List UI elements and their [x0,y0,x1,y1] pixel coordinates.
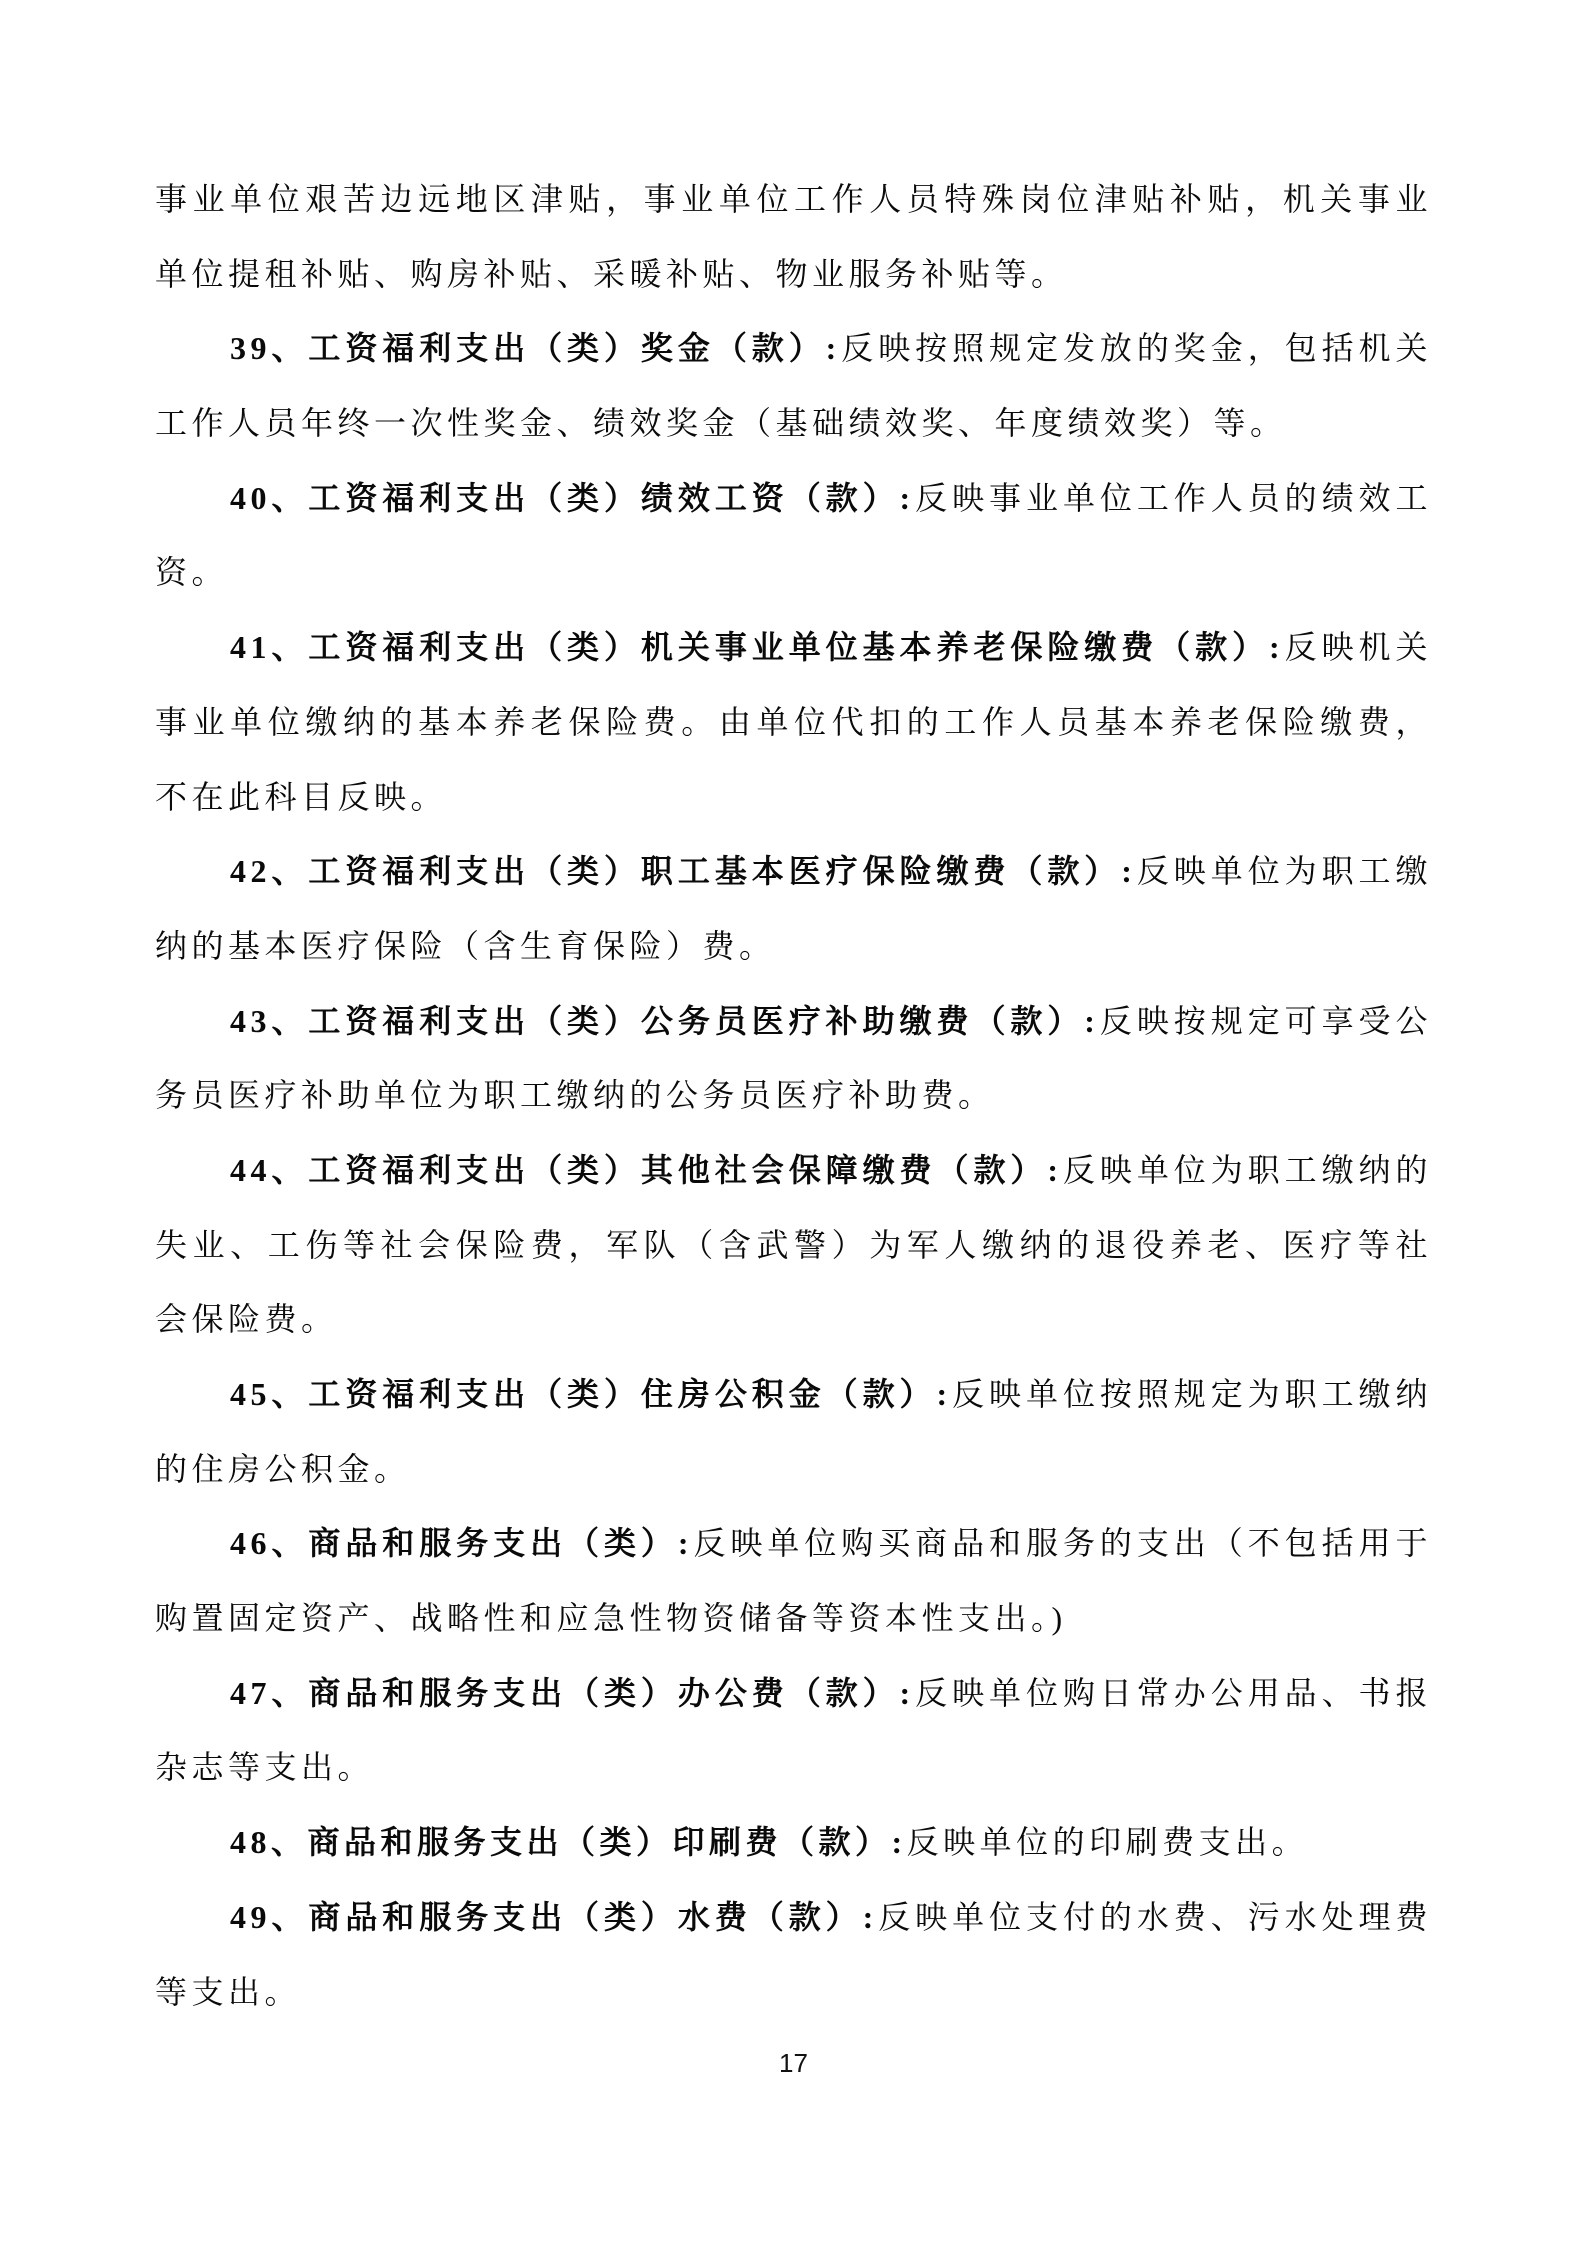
line-text: 购置固定资产、战略性和应急性物资储备等资本性支出。) [155,1600,1067,1636]
text-line: 单位提租补贴、购房补贴、采暖补贴、物业服务补贴等。 [155,237,1432,312]
text-line: 事业单位缴纳的基本养老保险费。由单位代扣的工作人员基本养老保险缴费， [155,685,1432,760]
line-text: 反映单位购日常办公用品、书报 [915,1675,1432,1711]
item-heading: 39、工资福利支出（类）奖金（款）: [230,330,841,366]
text-line: 40、工资福利支出（类）绩效工资（款）:反映事业单位工作人员的绩效工 [155,461,1432,536]
line-text: 等支出。 [155,1974,301,2010]
item-heading: 45、工资福利支出（类）住房公积金（款）: [230,1376,952,1412]
text-line: 杂志等支出。 [155,1730,1432,1805]
line-text: 事业单位艰苦边远地区津贴，事业单位工作人员特殊岗位津贴补贴，机关事业 [155,181,1432,217]
text-block: 事业单位艰苦边远地区津贴，事业单位工作人员特殊岗位津贴补贴，机关事业单位提租补贴… [155,162,1432,2029]
text-line: 39、工资福利支出（类）奖金（款）:反映按照规定发放的奖金，包括机关 [155,311,1432,386]
line-text: 反映事业单位工作人员的绩效工 [915,480,1432,516]
text-line: 事业单位艰苦边远地区津贴，事业单位工作人员特殊岗位津贴补贴，机关事业 [155,162,1432,237]
text-line: 47、商品和服务支出（类）办公费（款）:反映单位购日常办公用品、书报 [155,1656,1432,1731]
text-line: 的住房公积金。 [155,1432,1432,1507]
line-text: 失业、工伤等社会保险费，军队（含武警）为军人缴纳的退役养老、医疗等社 [155,1227,1432,1263]
text-line: 务员医疗补助单位为职工缴纳的公务员医疗补助费。 [155,1058,1432,1133]
text-line: 41、工资福利支出（类）机关事业单位基本养老保险缴费（款）:反映机关 [155,610,1432,685]
item-heading: 40、工资福利支出（类）绩效工资（款）: [230,480,915,516]
line-text: 资。 [155,554,228,590]
line-text: 反映单位按照规定为职工缴纳 [952,1376,1432,1412]
text-line: 42、工资福利支出（类）职工基本医疗保险缴费（款）:反映单位为职工缴 [155,834,1432,909]
line-text: 工作人员年终一次性奖金、绩效奖金（基础绩效奖、年度绩效奖）等。 [155,405,1287,441]
text-line: 工作人员年终一次性奖金、绩效奖金（基础绩效奖、年度绩效奖）等。 [155,386,1432,461]
text-line: 49、商品和服务支出（类）水费（款）:反映单位支付的水费、污水处理费 [155,1880,1432,1955]
line-text: 反映单位支付的水费、污水处理费 [878,1899,1432,1935]
text-line: 资。 [155,535,1432,610]
text-line: 不在此科目反映。 [155,760,1432,835]
text-line: 44、工资福利支出（类）其他社会保障缴费（款）:反映单位为职工缴纳的 [155,1133,1432,1208]
line-text: 的住房公积金。 [155,1451,411,1487]
page-number: 17 [0,2048,1587,2078]
text-line: 会保险费。 [155,1282,1432,1357]
text-line: 46、商品和服务支出（类）:反映单位购买商品和服务的支出（不包括用于 [155,1506,1432,1581]
line-text: 务员医疗补助单位为职工缴纳的公务员医疗补助费。 [155,1077,995,1113]
line-text: 反映按照规定发放的奖金，包括机关 [841,330,1432,366]
line-text: 事业单位缴纳的基本养老保险费。由单位代扣的工作人员基本养老保险缴费， [155,704,1432,740]
item-heading: 43、工资福利支出（类）公务员医疗补助缴费（款）: [230,1003,1099,1039]
text-line: 失业、工伤等社会保险费，军队（含武警）为军人缴纳的退役养老、医疗等社 [155,1208,1432,1283]
item-heading: 41、工资福利支出（类）机关事业单位基本养老保险缴费（款）: [230,629,1284,665]
text-line: 48、商品和服务支出（类）印刷费（款）:反映单位的印刷费支出。 [155,1805,1432,1880]
line-text: 不在此科目反映。 [155,779,447,815]
text-line: 购置固定资产、战略性和应急性物资储备等资本性支出。) [155,1581,1432,1656]
item-heading: 44、工资福利支出（类）其他社会保障缴费（款）: [230,1152,1063,1188]
text-line: 等支出。 [155,1955,1432,2030]
text-line: 纳的基本医疗保险（含生育保险）费。 [155,909,1432,984]
line-text: 反映单位购买商品和服务的支出（不包括用于 [693,1525,1432,1561]
text-line: 45、工资福利支出（类）住房公积金（款）:反映单位按照规定为职工缴纳 [155,1357,1432,1432]
line-text: 反映单位为职工缴纳的 [1063,1152,1432,1188]
line-text: 杂志等支出。 [155,1749,374,1785]
line-text: 反映单位的印刷费支出。 [907,1824,1309,1860]
item-heading: 47、商品和服务支出（类）办公费（款）: [230,1675,915,1711]
line-text: 会保险费。 [155,1301,338,1337]
item-heading: 49、商品和服务支出（类）水费（款）: [230,1899,878,1935]
line-text: 反映机关 [1284,629,1432,665]
item-heading: 46、商品和服务支出（类）: [230,1525,693,1561]
line-text: 反映按规定可享受公 [1099,1003,1432,1039]
line-text: 单位提租补贴、购房补贴、采暖补贴、物业服务补贴等。 [155,256,1068,292]
item-heading: 48、商品和服务支出（类）印刷费（款）: [230,1824,907,1860]
document-page: 事业单位艰苦边远地区津贴，事业单位工作人员特殊岗位津贴补贴，机关事业单位提租补贴… [0,0,1587,2245]
line-text: 纳的基本医疗保险（含生育保险）费。 [155,928,776,964]
item-heading: 42、工资福利支出（类）职工基本医疗保险缴费（款）: [230,853,1136,889]
text-line: 43、工资福利支出（类）公务员医疗补助缴费（款）:反映按规定可享受公 [155,984,1432,1059]
line-text: 反映单位为职工缴 [1136,853,1432,889]
